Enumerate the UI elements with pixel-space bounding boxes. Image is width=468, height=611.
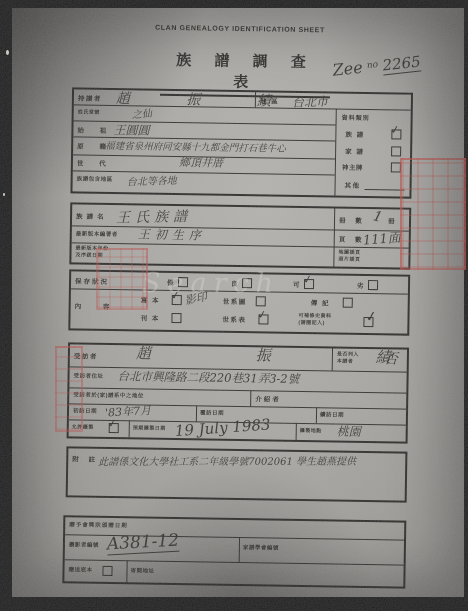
award-date-label: 贈予會獎狀頒贈日期 — [69, 522, 128, 529]
title-value: 王氏族譜 — [116, 206, 192, 227]
printed-label: 刊 本 — [140, 313, 159, 322]
divider-line — [250, 390, 252, 406]
generations-label: 世 代 — [77, 158, 113, 168]
manuscript-note: 影印 — [183, 288, 208, 308]
option-label: 可 — [293, 280, 301, 289]
permission-checkbox: ✓ — [109, 423, 119, 433]
hall-label: 姓氏堂號 — [78, 109, 100, 115]
biography-checkbox — [343, 298, 353, 308]
material-type-header: 資料類別 — [342, 113, 370, 122]
option-label: 良 — [231, 279, 239, 288]
pedigree-table-label: 世系表 — [222, 315, 246, 324]
area-label: 地 區 — [260, 96, 279, 105]
pages-value: 111面 — [362, 227, 401, 249]
pages-label: 頁 數 — [339, 235, 366, 244]
divider-line — [65, 559, 404, 566]
admin-block: 贈予會獎狀頒贈日期 攝影者編號 A381-12 家譜學會編號 贈送底本 寄閱地址 — [62, 515, 406, 588]
divider-line — [316, 407, 318, 423]
divider-line — [334, 109, 337, 196]
third-visit-label: 續訪日期 — [320, 412, 344, 418]
genealogy-form: CLAN GENEALOGY IDENTIFICATION SHEET 族 譜 … — [0, 0, 468, 611]
red-seal-stamp-left — [55, 346, 83, 432]
origin-value-line2: 鄉頂井厝 — [179, 154, 223, 171]
coverage-label: 族譜包含地區 — [77, 176, 113, 183]
ancestor-label: 始 祖 — [77, 125, 113, 135]
check-mark: ✓ — [302, 272, 313, 286]
listed-label-line1: 是否列入 — [337, 352, 359, 358]
scan-artifact — [6, 50, 9, 55]
extra-label-line2: 照片插頁 — [338, 257, 360, 263]
poor-checkbox — [368, 280, 378, 290]
history-material-checkbox: ✓ — [363, 317, 373, 327]
other-blank-line — [365, 189, 405, 191]
filming-date-label: 預期攝製日期 — [133, 425, 166, 432]
mail-address-label: 寄閱地址 — [130, 568, 154, 574]
identity-block: 持譜者 趙 振 績 地 區 台北市 姓氏堂號 之仙 始 祖 王圓圓 原 籍 福建… — [70, 87, 413, 198]
holder-label: 持譜者 — [78, 93, 102, 102]
option-label: 劣 — [357, 281, 365, 290]
editor-label: 最新版本編著者 — [76, 231, 118, 238]
filming-place-label: 攝製地點 — [300, 428, 322, 434]
photographer-number-label: 攝影者編號 — [69, 542, 99, 548]
scan-artifact — [3, 193, 5, 196]
divider-line — [129, 420, 131, 437]
filming-place-value: 桃園 — [337, 423, 361, 440]
serial-no-label: no — [366, 60, 378, 71]
books-unit: 冊 — [388, 216, 396, 225]
check-mark: ✓ — [107, 416, 118, 430]
books-label: 冊 數 — [339, 216, 366, 225]
divider-line — [296, 423, 298, 440]
manuscript-checkbox: ✓ — [172, 295, 182, 305]
printed-checkbox — [171, 313, 181, 323]
scanned-document: Search CLAN GENEALOGY IDENTIFICATION SHE… — [0, 0, 468, 611]
material-family-checkbox — [391, 146, 401, 156]
pedigree-chart-label: 世系圖 — [223, 297, 247, 306]
red-seal-stamp-center — [96, 248, 148, 310]
position-label: 受訪者於(家)譜系中之地位 — [73, 392, 144, 399]
coverage-value: 台北等各地 — [126, 172, 177, 189]
address-value: 台北市興隆路二段220巷31弄3-2號 — [117, 368, 299, 387]
divider-line — [196, 405, 198, 421]
option-label: 優 — [167, 278, 175, 287]
serial-prefix-scribble: Zee — [332, 58, 364, 80]
filming-date-value: 19 July 1983 — [174, 415, 271, 440]
books-value: 1 — [371, 208, 384, 226]
biography-label: 傳 記 — [311, 298, 330, 307]
editor-value: 王初生序 — [138, 225, 206, 243]
excellent-checkbox — [178, 277, 188, 287]
introducer-label: 介紹者 — [255, 394, 281, 403]
pedigree-chart-checkbox — [256, 296, 266, 306]
fair-checkbox: ✓ — [304, 279, 314, 289]
material-other-label: 其他 — [345, 181, 361, 190]
listed-value: 否 — [384, 348, 398, 368]
origin-value: 福建省泉州府同安縣十九都金門打石巷牛心 — [105, 138, 286, 155]
photographer-number-value: A381-12 — [106, 531, 179, 556]
divider-line — [239, 537, 241, 562]
good-checkbox — [242, 278, 252, 288]
society-number-label: 家譜學會編號 — [243, 545, 279, 552]
extra-label-line1: 地圖插頁 — [338, 250, 360, 256]
divider-line — [73, 170, 335, 176]
material-item-label: 神主牌 — [342, 163, 363, 172]
english-title: CLAN GENEALOGY IDENTIFICATION SHEET — [21, 23, 459, 37]
check-mark: ✓ — [170, 288, 181, 302]
history-material-label-line1: 可補修史資料 — [298, 313, 331, 320]
donate-copy-label: 贈送底本 — [68, 567, 92, 573]
serial-annotation: Zee no 2265 — [332, 52, 422, 81]
area-value: 台北市 — [292, 92, 329, 110]
material-genealogy-checkbox: ✓ — [391, 129, 401, 139]
hall-value: 之仙 — [131, 105, 152, 122]
second-visit-label: 覆訪日期 — [200, 410, 224, 416]
pedigree-table-checkbox: ✓ — [258, 314, 268, 324]
serial-number: 2265 — [382, 52, 422, 75]
divider-line — [333, 208, 335, 266]
ancestor-value: 王圓圓 — [113, 121, 149, 139]
visit-block: 受訪者 趙 振 績 是否列入 本譜者 否 受訪者住址 台北市興隆路二段220巷3… — [67, 342, 409, 443]
remarks-block: 附 註 此譜係文化大學社工系二年級學號7002061 學生趙燕提供 — [66, 446, 408, 502]
listed-label-line2: 本譜者 — [337, 359, 354, 365]
remarks-label: 附 註 — [72, 454, 99, 463]
red-seal-stamp-right — [400, 158, 466, 270]
remarks-text: 此譜係文化大學社工系二年級學號7002061 學生趙燕提供 — [98, 453, 356, 468]
donate-copy-checkbox — [102, 566, 112, 576]
check-mark: ✓ — [390, 123, 401, 137]
divider-line — [126, 560, 128, 582]
check-mark: ✓ — [364, 308, 378, 326]
material-item-label: 家 譜 — [345, 147, 364, 156]
material-item-label: 族 譜 — [345, 130, 364, 139]
title-label: 族譜名 — [76, 211, 108, 220]
check-mark: ✓ — [257, 308, 268, 322]
history-material-label-line2: (請圈記入) — [298, 320, 324, 326]
